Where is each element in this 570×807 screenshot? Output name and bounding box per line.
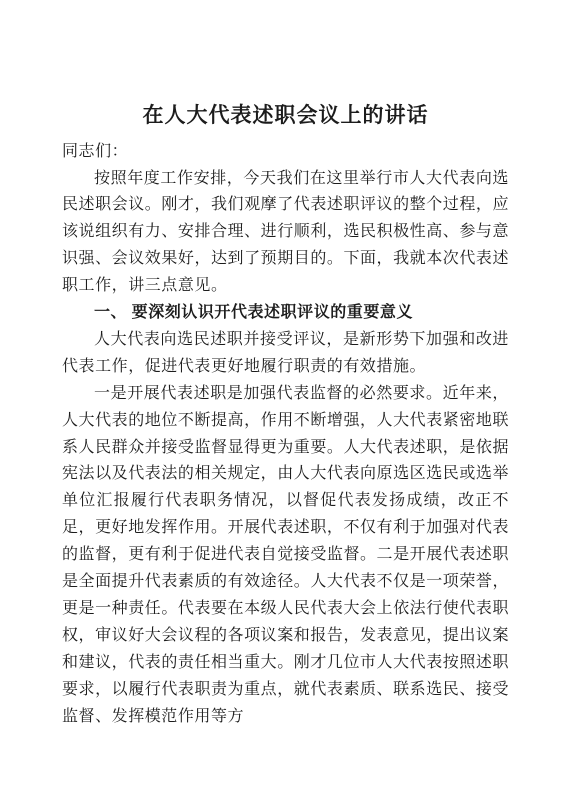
section-heading-1: 一、 要深刻认识开代表述职评议的重要意义	[62, 300, 509, 327]
paragraph-significance: 人大代表向选民述职并接受评议，是新形势下加强和改进代表工作，促进代表更好地履行职…	[62, 327, 509, 381]
paragraph-intro: 按照年度工作安排，今天我们在这里举行市人大代表向选民述职会议。刚才，我们观摩了代…	[62, 166, 509, 301]
paragraph-body: 一是开展代表述职是加强代表监督的必然要求。近年来，人大代表的地位不断提高，作用不…	[62, 381, 509, 731]
document-page: 在人大代表述职会议上的讲话 同志们： 按照年度工作安排，今天我们在这里举行市人大…	[0, 0, 570, 807]
salutation: 同志们：	[62, 139, 509, 166]
document-title: 在人大代表述职会议上的讲话	[62, 103, 509, 128]
